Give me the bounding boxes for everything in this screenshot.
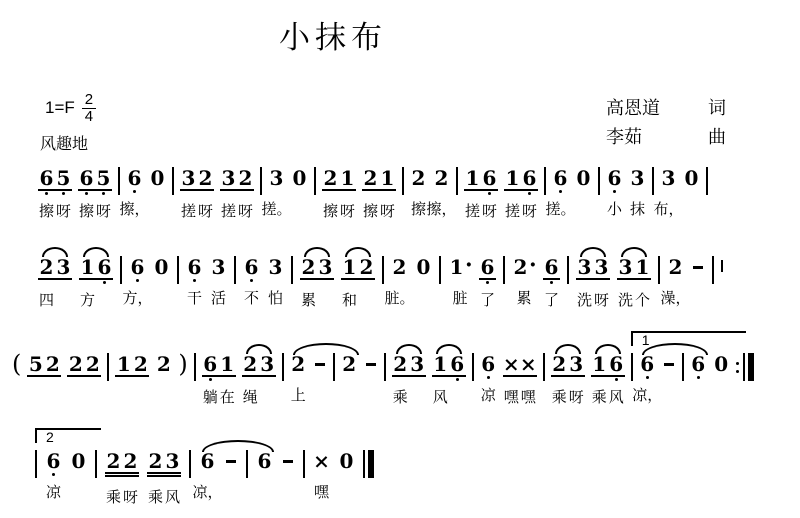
note-digit: 3	[629, 167, 646, 189]
octave-dot	[551, 377, 568, 383]
octave-dot	[629, 189, 646, 195]
note-digit: 2	[391, 256, 408, 278]
lyric-row	[341, 388, 358, 404]
note-group: 23乘风	[147, 450, 181, 506]
lyric	[683, 202, 700, 218]
lyric-row: 搓呀	[504, 204, 538, 220]
barline	[333, 353, 335, 381]
note-digits: 2·	[512, 256, 536, 278]
dash-cell	[364, 353, 378, 366]
note-digit: 6	[243, 256, 260, 278]
octave-dot-row	[338, 472, 355, 478]
lyric-row: 累	[516, 291, 533, 307]
lyric-row: 洗呀	[576, 293, 610, 309]
octave-dot-row	[322, 191, 356, 197]
note-digit: 0	[153, 256, 170, 278]
barline	[314, 167, 316, 195]
lyric: 呀	[197, 204, 214, 220]
octave-dot	[362, 191, 379, 197]
note-group: 52	[27, 353, 61, 406]
note-digits: ×	[313, 450, 330, 472]
lyric-row: 擦	[410, 202, 427, 218]
octave-dot	[667, 278, 684, 284]
octave-dot-row	[153, 278, 170, 284]
lyric-row: 脏。	[391, 291, 408, 307]
lyric-row: 洗个	[617, 293, 651, 309]
note-digits: 23	[300, 256, 334, 280]
octave-dot	[683, 189, 700, 195]
note-digit: 6	[186, 256, 203, 278]
note-digit: 0	[713, 353, 730, 375]
barline	[652, 167, 654, 195]
octave-dot-row	[503, 377, 537, 383]
lyric-row	[149, 202, 166, 218]
octave-dot	[634, 280, 651, 286]
note-digit: 3	[210, 256, 227, 278]
lyric-row	[415, 291, 432, 307]
duration-dash	[693, 266, 703, 269]
octave-dot-row	[202, 377, 236, 383]
barline-cell	[503, 256, 505, 284]
note-group: 2上	[290, 353, 307, 404]
repeat-dot	[736, 362, 739, 365]
note-digits: 23	[38, 256, 72, 280]
lyric: 风	[164, 490, 181, 506]
note-digits: 23	[242, 353, 276, 377]
octave-dot	[291, 189, 308, 195]
lyric: 脏	[452, 291, 469, 307]
lyric-row: 擦，	[126, 202, 143, 218]
lyric: 凉	[480, 388, 497, 404]
paren-glyph: )	[178, 353, 187, 376]
end-repeat-barline	[736, 353, 754, 381]
note-group: 6不	[243, 256, 260, 307]
note-digit: 5	[95, 167, 112, 189]
note-digit: 1	[219, 353, 236, 375]
barline-cell	[456, 167, 458, 195]
octave-dot-row	[504, 191, 538, 197]
note-group: 2擦，	[433, 167, 450, 218]
octave-dot-row	[591, 377, 625, 383]
lyric-row	[67, 390, 101, 406]
note-digits: 65	[38, 167, 72, 191]
octave-dot	[55, 280, 72, 286]
note-digit: 3	[593, 256, 610, 278]
octave-dot	[237, 191, 254, 197]
octave-dot	[568, 377, 585, 383]
note-digits: 12	[115, 353, 149, 377]
lyric: 呀	[55, 204, 72, 220]
octave-dot	[521, 191, 538, 197]
barline-cell	[234, 256, 236, 284]
barline-cell	[314, 167, 316, 195]
octave-dot-row	[432, 377, 466, 383]
octave-dot	[115, 377, 132, 383]
note-group: 2	[341, 353, 358, 404]
music-line: 6凉022乘呀23乘风6凉，6×嘿0	[35, 450, 374, 506]
lyric	[67, 390, 84, 406]
octave-dot	[38, 280, 55, 286]
octave-dot	[575, 189, 592, 195]
augmentation-dot: ·	[529, 256, 536, 278]
music-line: 65擦呀65擦呀6擦，032搓呀32搓呀3搓。021擦呀21擦呀2擦2擦，16搓…	[38, 167, 708, 220]
note-digit: 0	[149, 167, 166, 189]
barline-cell	[172, 167, 174, 195]
note-digits: ××	[503, 353, 537, 377]
barline-cell	[631, 353, 633, 381]
dash-cell	[691, 256, 705, 269]
lyric: 呀	[122, 490, 139, 506]
note-digits: 6	[639, 353, 656, 375]
lyric-row: 搓呀	[180, 204, 214, 220]
octave-dot	[256, 472, 273, 478]
barline	[194, 353, 196, 381]
barline	[682, 353, 684, 381]
note-group-slurred: 31洗个	[617, 256, 651, 309]
note-digits: 16	[504, 167, 538, 191]
lyric-row: 脏	[452, 291, 469, 307]
lyric-row	[690, 388, 707, 404]
note-digit: 2	[667, 256, 684, 278]
lyric: 洗	[617, 293, 634, 309]
octave-dot-row	[67, 377, 101, 383]
lyric-row: 搓。	[268, 202, 285, 218]
octave-dot	[317, 280, 334, 286]
barline-cell	[35, 450, 37, 478]
lyric	[259, 390, 276, 406]
note-group: 6搓。	[552, 167, 569, 218]
octave-dot	[322, 191, 339, 197]
octave-dot	[449, 377, 466, 383]
octave-dot-row	[667, 278, 684, 284]
lyric-row: 擦呀	[362, 204, 396, 220]
barline	[260, 167, 262, 195]
note-group: 16搓呀	[464, 167, 498, 220]
note-digit: 6	[690, 353, 707, 375]
lyric: 脏。	[391, 291, 408, 307]
end-repeat-parts	[736, 353, 754, 381]
octave-dot-row	[362, 191, 396, 197]
octave-dot	[639, 375, 656, 381]
octave-dot-row	[639, 375, 656, 381]
note-group: 32搓呀	[220, 167, 254, 220]
lyric-row: 擦呀	[78, 204, 112, 220]
note-digits: 16	[464, 167, 498, 191]
note-group: 65擦呀	[38, 167, 72, 220]
note-digit: 6	[480, 353, 497, 375]
octave-dot	[84, 377, 101, 383]
lyric-row	[256, 485, 273, 501]
octave-dot	[129, 278, 146, 284]
octave-dot	[27, 377, 44, 383]
lyric: 躺	[202, 390, 219, 406]
note-digit: 1	[634, 256, 651, 278]
note-group: 0	[291, 167, 308, 218]
note-digits: 22	[105, 450, 139, 477]
lyric: 洗	[576, 293, 593, 309]
note-group: 3怕	[267, 256, 284, 307]
barline-cell	[282, 353, 284, 381]
note-group: 6凉	[480, 353, 497, 404]
lyric: 擦	[410, 202, 427, 218]
repeat-tick	[721, 260, 723, 272]
lyric-row: 方，	[129, 291, 146, 307]
octave-dot-row	[199, 472, 216, 478]
note-digits: 0	[70, 450, 87, 472]
lyric-row: 嘿嘿	[503, 390, 537, 406]
note-group: 2·累	[512, 256, 536, 307]
lyric-row: 搓呀	[220, 204, 254, 220]
lyric-row: 乘风	[147, 490, 181, 506]
note-digit: ×	[520, 353, 537, 375]
note-group: 0	[149, 167, 166, 218]
lyric-row: 凉	[480, 388, 497, 404]
octave-dot	[96, 280, 113, 286]
octave-dot	[132, 377, 149, 383]
note-digit: 3	[259, 353, 276, 375]
note-digit: 2	[105, 450, 122, 472]
note-digit: 2	[392, 353, 409, 375]
note-group: 0	[415, 256, 432, 307]
octave-dot	[452, 278, 469, 284]
barline	[631, 353, 633, 381]
octave-dot	[503, 377, 520, 383]
note-digits: 6	[243, 256, 260, 278]
lyric	[449, 390, 466, 406]
note-digits: 0	[415, 256, 432, 278]
note-group: 0	[153, 256, 170, 307]
octave-dot-row	[464, 191, 498, 197]
octave-dot	[409, 377, 426, 383]
lyric-row	[291, 202, 308, 218]
note-group: 2脏。	[391, 256, 408, 307]
note-group: 3布，	[660, 167, 677, 218]
lyric-row	[153, 291, 170, 307]
note-digit: 2	[237, 167, 254, 189]
note-group: 0	[713, 353, 730, 404]
barline-cell	[439, 256, 441, 284]
octave-dot-row	[683, 189, 700, 195]
octave-dot-row	[313, 472, 330, 478]
score: 65擦呀65擦呀6擦，032搓呀32搓呀3搓。021擦呀21擦呀2擦2擦，16搓…	[0, 0, 800, 518]
lyric: 乘	[105, 490, 122, 506]
note-digits: 6	[552, 167, 569, 189]
note-digit: 3	[268, 167, 285, 189]
octave-dot	[713, 375, 730, 381]
note-digits: 16	[432, 353, 466, 377]
lyric: 活	[210, 291, 227, 307]
lyric-row: 乘呀	[551, 390, 585, 406]
barline	[120, 256, 122, 284]
note-digits: 0	[291, 167, 308, 189]
octave-dot	[520, 377, 537, 383]
note-group: 6方，	[129, 256, 146, 307]
barline-cell	[402, 167, 404, 195]
note-digits: 23	[551, 353, 585, 377]
note-digit: 3	[617, 256, 634, 278]
note-digit: 0	[291, 167, 308, 189]
barline-cell	[382, 256, 384, 284]
note-group: 6了	[543, 256, 560, 309]
lyric	[153, 291, 170, 307]
tie-arc	[293, 343, 359, 355]
note-digits: 2	[410, 167, 427, 189]
repeat-tick-cell	[721, 256, 723, 272]
lyric	[317, 293, 334, 309]
barline	[384, 353, 386, 381]
barline	[712, 256, 714, 284]
octave-dot	[155, 375, 172, 381]
octave-dot	[242, 377, 259, 383]
note-digit: 1	[591, 353, 608, 375]
note-digits: 3	[210, 256, 227, 278]
lyric-row: 上	[290, 388, 307, 404]
lyric: 呀	[521, 204, 538, 220]
barline	[706, 167, 708, 195]
barline	[234, 256, 236, 284]
note-group: 1·脏	[448, 256, 472, 307]
octave-dot-row	[27, 377, 61, 383]
lyric-row: 绳	[242, 390, 276, 406]
note-digit: 1	[464, 167, 481, 189]
lyric: 嘿	[520, 390, 537, 406]
octave-dot	[105, 477, 122, 483]
note-digit: 2	[84, 353, 101, 375]
octave-dot-row	[410, 189, 427, 195]
lyric-row: 擦，	[433, 202, 450, 218]
note-digit: 2	[290, 353, 307, 375]
octave-dot	[180, 191, 197, 197]
note-group: 0	[575, 167, 592, 218]
note-digits: 6	[186, 256, 203, 278]
octave-dot	[126, 189, 143, 195]
note-digits: 3	[629, 167, 646, 189]
barline	[382, 256, 384, 284]
barline-cell	[177, 256, 179, 284]
octave-dot	[210, 278, 227, 284]
note-digit: 2	[551, 353, 568, 375]
lyric: 小	[606, 202, 623, 218]
thin-bar	[363, 450, 365, 478]
lyric	[96, 293, 113, 309]
lyric	[115, 390, 132, 406]
lyric: 方，	[129, 291, 146, 307]
barline-cell	[107, 353, 109, 381]
lyric	[713, 388, 730, 404]
lyric: 嘿	[313, 485, 330, 501]
note-digit: 6	[96, 256, 113, 278]
barline	[282, 353, 284, 381]
octave-dot	[481, 191, 498, 197]
note-group-slurred: 33洗呀	[576, 256, 610, 309]
barline	[598, 167, 600, 195]
barline	[172, 167, 174, 195]
barline-cell	[712, 256, 714, 284]
lyric-row: 凉，	[199, 485, 216, 501]
octave-dot	[220, 191, 237, 197]
note-digits: 3	[267, 256, 284, 278]
octave-dot-row	[267, 278, 284, 284]
octave-dot	[45, 472, 62, 478]
lyric: 凉	[45, 485, 62, 501]
lyric: 呀	[95, 204, 112, 220]
octave-dot	[617, 280, 634, 286]
lyric: 上	[290, 388, 307, 404]
octave-dot	[543, 280, 560, 286]
note-digit: 3	[220, 167, 237, 189]
barline	[503, 256, 505, 284]
close-paren: )	[178, 353, 187, 376]
note-digits: 6	[480, 353, 497, 375]
octave-dot-row	[300, 280, 334, 286]
thin-bar	[743, 353, 745, 381]
octave-dot	[410, 189, 427, 195]
lyric-row	[155, 388, 172, 404]
barline-cell	[384, 353, 386, 381]
note-digits: 0	[713, 353, 730, 375]
barline	[303, 450, 305, 478]
octave-dot-row	[433, 189, 450, 195]
note-digit: 0	[683, 167, 700, 189]
repeat-dot	[736, 370, 739, 373]
note-digit: 5	[55, 167, 72, 189]
note-digits: 32	[180, 167, 214, 191]
lyric: 搓。	[268, 202, 285, 218]
octave-dot	[660, 189, 677, 195]
note-digits: 31	[617, 256, 651, 280]
octave-dot	[186, 278, 203, 284]
note-group: 6	[690, 353, 707, 404]
note-digits: 61	[202, 353, 236, 377]
octave-dot	[268, 189, 285, 195]
barline-cell	[95, 450, 97, 478]
barline	[35, 450, 37, 478]
lyric: 了	[479, 293, 496, 309]
note-digits: 1·	[448, 256, 472, 278]
note-group-slurred: 23累	[300, 256, 334, 309]
octave-dot	[606, 189, 623, 195]
note-group: 32搓呀	[180, 167, 214, 220]
note-digits: 0	[575, 167, 592, 189]
octave-dot	[78, 191, 95, 197]
octave-dot-row	[480, 375, 497, 381]
note-digits: 6	[256, 450, 273, 472]
octave-dot-row	[576, 280, 610, 286]
tie-arc	[202, 440, 274, 452]
octave-dot-row	[149, 189, 166, 195]
lyric-row	[575, 202, 592, 218]
octave-dot-row	[186, 278, 203, 284]
octave-dot-row	[210, 278, 227, 284]
note-digit: 0	[70, 450, 87, 472]
note-group: 21擦呀	[362, 167, 396, 220]
barline	[544, 167, 546, 195]
note-digit: 1	[115, 353, 132, 375]
octave-dot-row	[629, 189, 646, 195]
lyric-row: 搓呀	[464, 204, 498, 220]
note-digit: 6	[481, 167, 498, 189]
lyric: 澡，	[667, 291, 684, 307]
note-digit: 2	[322, 167, 339, 189]
note-group: ××嘿嘿	[503, 353, 537, 406]
octave-dot	[479, 280, 496, 286]
lyric-row	[683, 202, 700, 218]
note-group: 3活	[210, 256, 227, 307]
barline-cell	[246, 450, 248, 478]
octave-dot-row	[575, 189, 592, 195]
music-line: 23四16方6方，06干3活6不3怕23累12和2脏。01·脏6了2·累6了33…	[38, 256, 723, 309]
octave-dot-row	[38, 280, 72, 286]
